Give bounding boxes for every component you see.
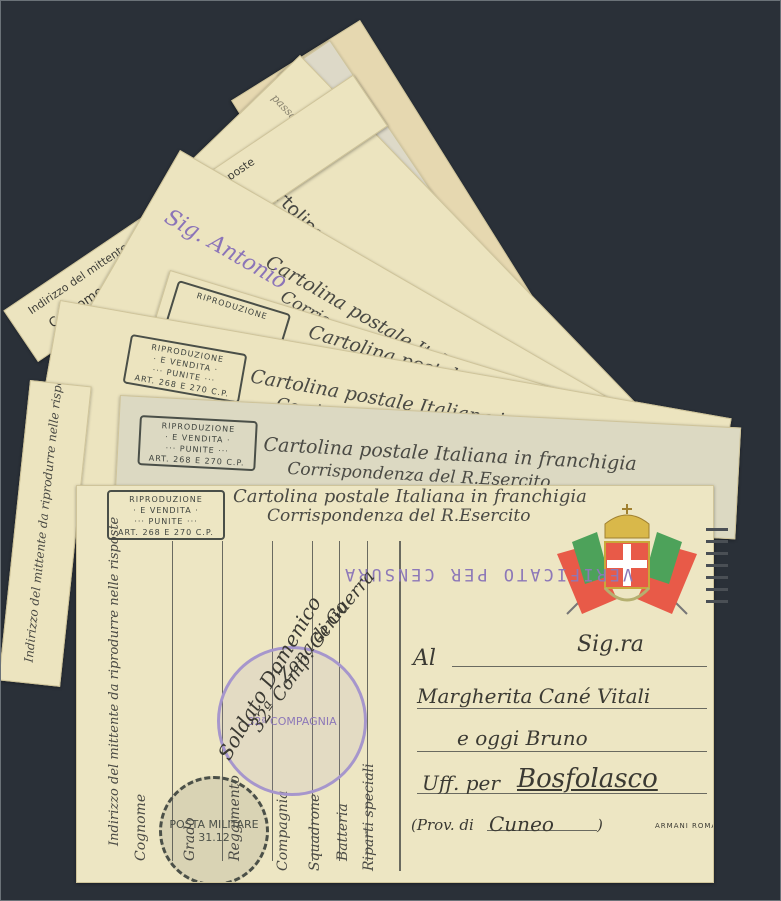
- censor-stamp-verificato: VERIFICATO PER CENSURA: [342, 564, 633, 584]
- province-value: Cuneo: [489, 812, 554, 836]
- front-sender-instruction: Indirizzo del mittente da riprodurre nel…: [107, 517, 122, 846]
- field-batteria: Batteria: [335, 803, 351, 861]
- sender-instruction: Indirizzo del mittente da riprodurre nel…: [22, 380, 68, 663]
- province-label: (Prov. di: [411, 816, 474, 834]
- warning-box: RIPRODUZIONE · E VENDITA · ··· PUNITE ··…: [107, 490, 225, 540]
- printer-imprint: ARMANI ROMA: [655, 822, 714, 830]
- field-cognome: Cognome: [133, 794, 149, 861]
- divider-line: [399, 541, 401, 871]
- recipient-city: Bosfolasco: [517, 764, 658, 794]
- field-compagnia: Compagnia: [275, 790, 291, 871]
- address-line: [452, 666, 707, 667]
- address-line: [417, 751, 707, 752]
- recipient-line2: e oggi Bruno: [457, 726, 588, 750]
- postcard-front: RIPRODUZIONE · E VENDITA · ··· PUNITE ··…: [76, 485, 714, 883]
- address-prefix-al: Al: [413, 646, 436, 671]
- recipient-title: Sig.ra: [577, 632, 644, 657]
- front-postcard-title: Cartolina postale Italiana in franchigia: [233, 486, 587, 507]
- field-squadrone: Squadrone: [307, 794, 323, 871]
- province-close: ): [597, 816, 603, 834]
- field-riparti-speciali: Riparti speciali: [361, 763, 377, 871]
- cancellation-bars: [706, 528, 728, 612]
- postmark-posta-militare: POSTA MILITARE 31.12: [159, 776, 269, 883]
- warning-box: RIPRODUZIONE · E VENDITA · ··· PUNITE ··…: [137, 415, 257, 471]
- front-postcard-subtitle: Corrispondenza del R.Esercito: [267, 506, 530, 526]
- recipient-name: Margherita Cané Vitali: [417, 684, 650, 708]
- recipient-line3-prefix: Uff. per: [422, 771, 500, 795]
- address-line: [417, 708, 707, 709]
- warning-box: RIPRODUZIONE · E VENDITA · ··· PUNITE ··…: [123, 334, 248, 404]
